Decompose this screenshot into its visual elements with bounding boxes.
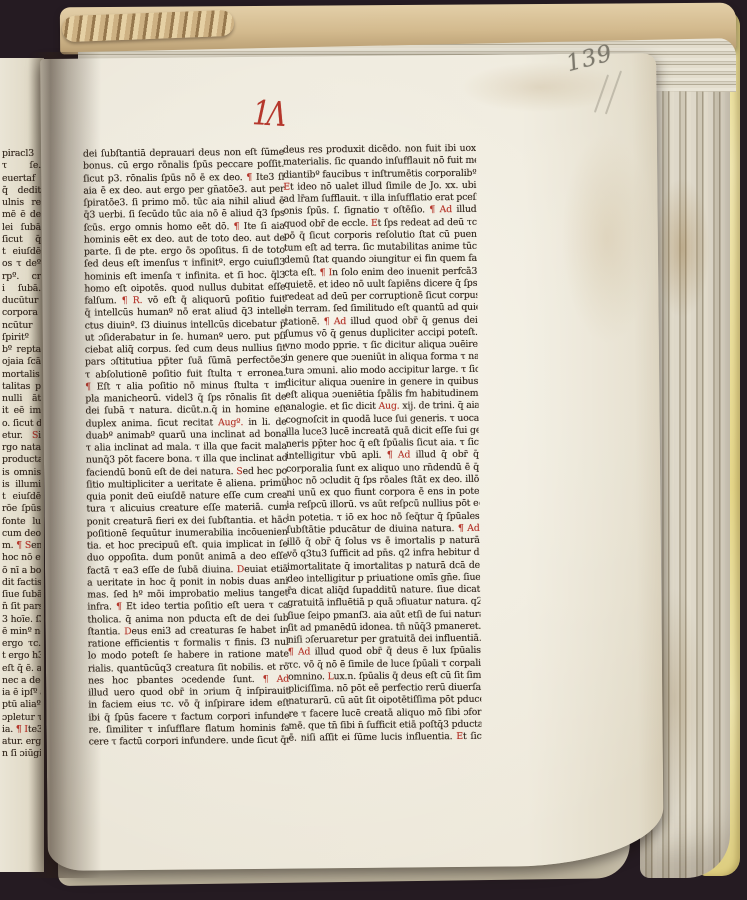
text-line: os τ deº: [2, 258, 41, 270]
text-line: ſiue ſubā: [2, 589, 41, 601]
text-line: ia ē ipſº aia: [2, 687, 41, 699]
text-line: ncūtur: [2, 320, 41, 332]
recto-page: 139 1Λ dei ſubſtantiā deprauari deus non…: [40, 53, 664, 871]
text-line: cum deo: [2, 528, 41, 540]
text-line: producta: [2, 454, 41, 466]
text-line: mortalis: [2, 369, 41, 381]
text-column-left: dei ſubſtantiā deprauari deus non eſt ſū…: [83, 147, 290, 749]
text-line: euertaf: [2, 173, 41, 185]
text-line: ō nī a bois: [2, 565, 41, 577]
text-line: cere τ factū corpori infundere. unde ſic…: [89, 735, 290, 749]
text-line: n ſi ɔiūgit: [2, 748, 41, 760]
text-column-right: deus res produxit dicēdo. non fuit ibi u…: [283, 143, 482, 745]
text-line: rpº. cr: [2, 271, 41, 283]
text-line: nec a deo: [2, 675, 41, 687]
text-line: ē. niſi aſſit ei ſūme lucis influentia. …: [289, 731, 482, 745]
text-line: fonte lu: [2, 516, 41, 528]
text-line: n̄ ſit pars: [2, 601, 41, 613]
text-line: atur. ergo.: [2, 736, 41, 748]
text-line: t ergo h3: [2, 650, 41, 662]
text-line: ɔpletur τ: [2, 712, 41, 724]
text-line: piracl3: [2, 148, 41, 160]
text-line: o. ſicut di: [2, 418, 41, 430]
text-line: ojaia ſcā: [2, 356, 41, 368]
text-line: corpora: [2, 307, 41, 319]
text-line: q̄ dedit: [2, 185, 41, 197]
text-line: ducūtur: [2, 295, 41, 307]
text-line: τ ſe.: [2, 160, 41, 172]
text-line: m. ¶ Sen: [2, 540, 41, 552]
text-line: talitas p: [2, 381, 41, 393]
text-line: rgo nata: [2, 442, 41, 454]
text-line: mē ē de: [2, 209, 41, 221]
text-line: ergo τc.: [2, 638, 41, 650]
quire-signature-mark: 1Λ: [252, 94, 285, 135]
text-line: ſpiritº: [2, 332, 41, 344]
text-line: 3 hoīe. ſ3: [2, 614, 41, 626]
verso-page-sliver: piracl3τ ſe.euertafq̄ deditulnis remē ē …: [0, 58, 44, 872]
text-line: i ſubā.: [2, 283, 41, 295]
fore-edge-stain: [654, 178, 710, 318]
text-line: eſt q̄ ē. aut: [2, 663, 41, 675]
text-line: dit factis: [2, 577, 41, 589]
text-line: hoc nō eſt: [2, 552, 41, 564]
text-line: ptū aliaº ē: [2, 699, 41, 711]
text-line: it eē im: [2, 405, 41, 417]
text-line: ia. ¶ Ite3: [2, 724, 41, 736]
text-line: nulli āt: [2, 393, 41, 405]
text-line: bº repta: [2, 344, 41, 356]
text-line: is omnis: [2, 467, 41, 479]
text-line: ſicut q̄: [2, 234, 41, 246]
text-line: rōe ſpūs: [2, 503, 41, 515]
page-stain: [561, 133, 653, 344]
text-line: t eiuſdē: [2, 491, 41, 503]
text-line: ē minº no: [2, 626, 41, 638]
text-line: is illumi: [2, 479, 41, 491]
text-line: ulnis re: [2, 197, 41, 209]
text-line: t eiuſdē: [2, 246, 41, 258]
text-line: etur. Si: [2, 430, 41, 442]
text-line: lei ſubā: [2, 222, 41, 234]
verso-text-fragment: piracl3τ ſe.euertafq̄ deditulnis remē ē …: [2, 148, 41, 761]
